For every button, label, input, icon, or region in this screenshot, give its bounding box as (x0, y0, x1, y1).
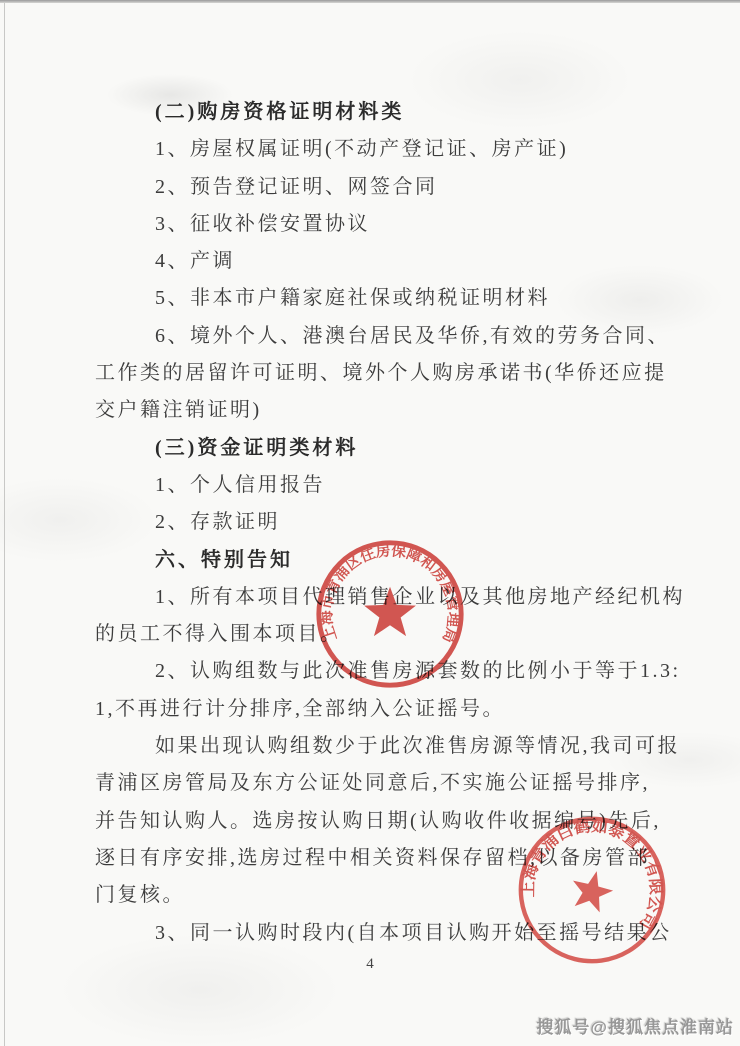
watermark: 搜狐号@搜狐焦点淮南站 (536, 1013, 734, 1038)
scan-edge-left (4, 3, 5, 1046)
scanned-document-page: (二)购房资格证明材料类1、房屋权属证明(不动产登记证、房产证)2、预告登记证明… (0, 0, 740, 1046)
text-line: 1、房屋权属证明(不动产登记证、房产证) (95, 131, 695, 168)
text-line: 6、境外个人、港澳台居民及华侨,有效的劳务合同、 (95, 318, 695, 355)
star-icon (567, 866, 617, 914)
text-line: (三)资金证明类材料 (95, 430, 695, 467)
text-line: 1,不再进行计分排序,全部纳入公证摇号。 (95, 691, 695, 728)
scan-edge-top (0, 0, 740, 3)
text-line: 工作类的居留许可证明、境外个人购房承诺书(华侨还应提 (95, 355, 695, 392)
star-icon (364, 587, 416, 636)
text-line: (二)购房资格证明材料类 (95, 94, 695, 131)
text-line: 2、预告登记证明、网签合同 (95, 169, 695, 206)
text-line: 4、产调 (95, 243, 695, 280)
page-number: 4 (0, 956, 740, 973)
text-line: 交户籍注销证明) (95, 392, 695, 429)
text-line: 5、非本市户籍家庭社保或纳税证明材料 (95, 280, 695, 317)
text-line: 1、个人信用报告 (95, 467, 695, 504)
text-line: 如果出现认购组数少于此次准售房源等情况,我司可报 (95, 728, 695, 765)
government-seal: 上海市青浦区住房保障和房屋管理局 (312, 536, 468, 692)
text-line: 青浦区房管局及东方公证处同意后,不实施公证摇号排序, (95, 765, 695, 802)
text-line: 3、征收补偿安置协议 (95, 206, 695, 243)
